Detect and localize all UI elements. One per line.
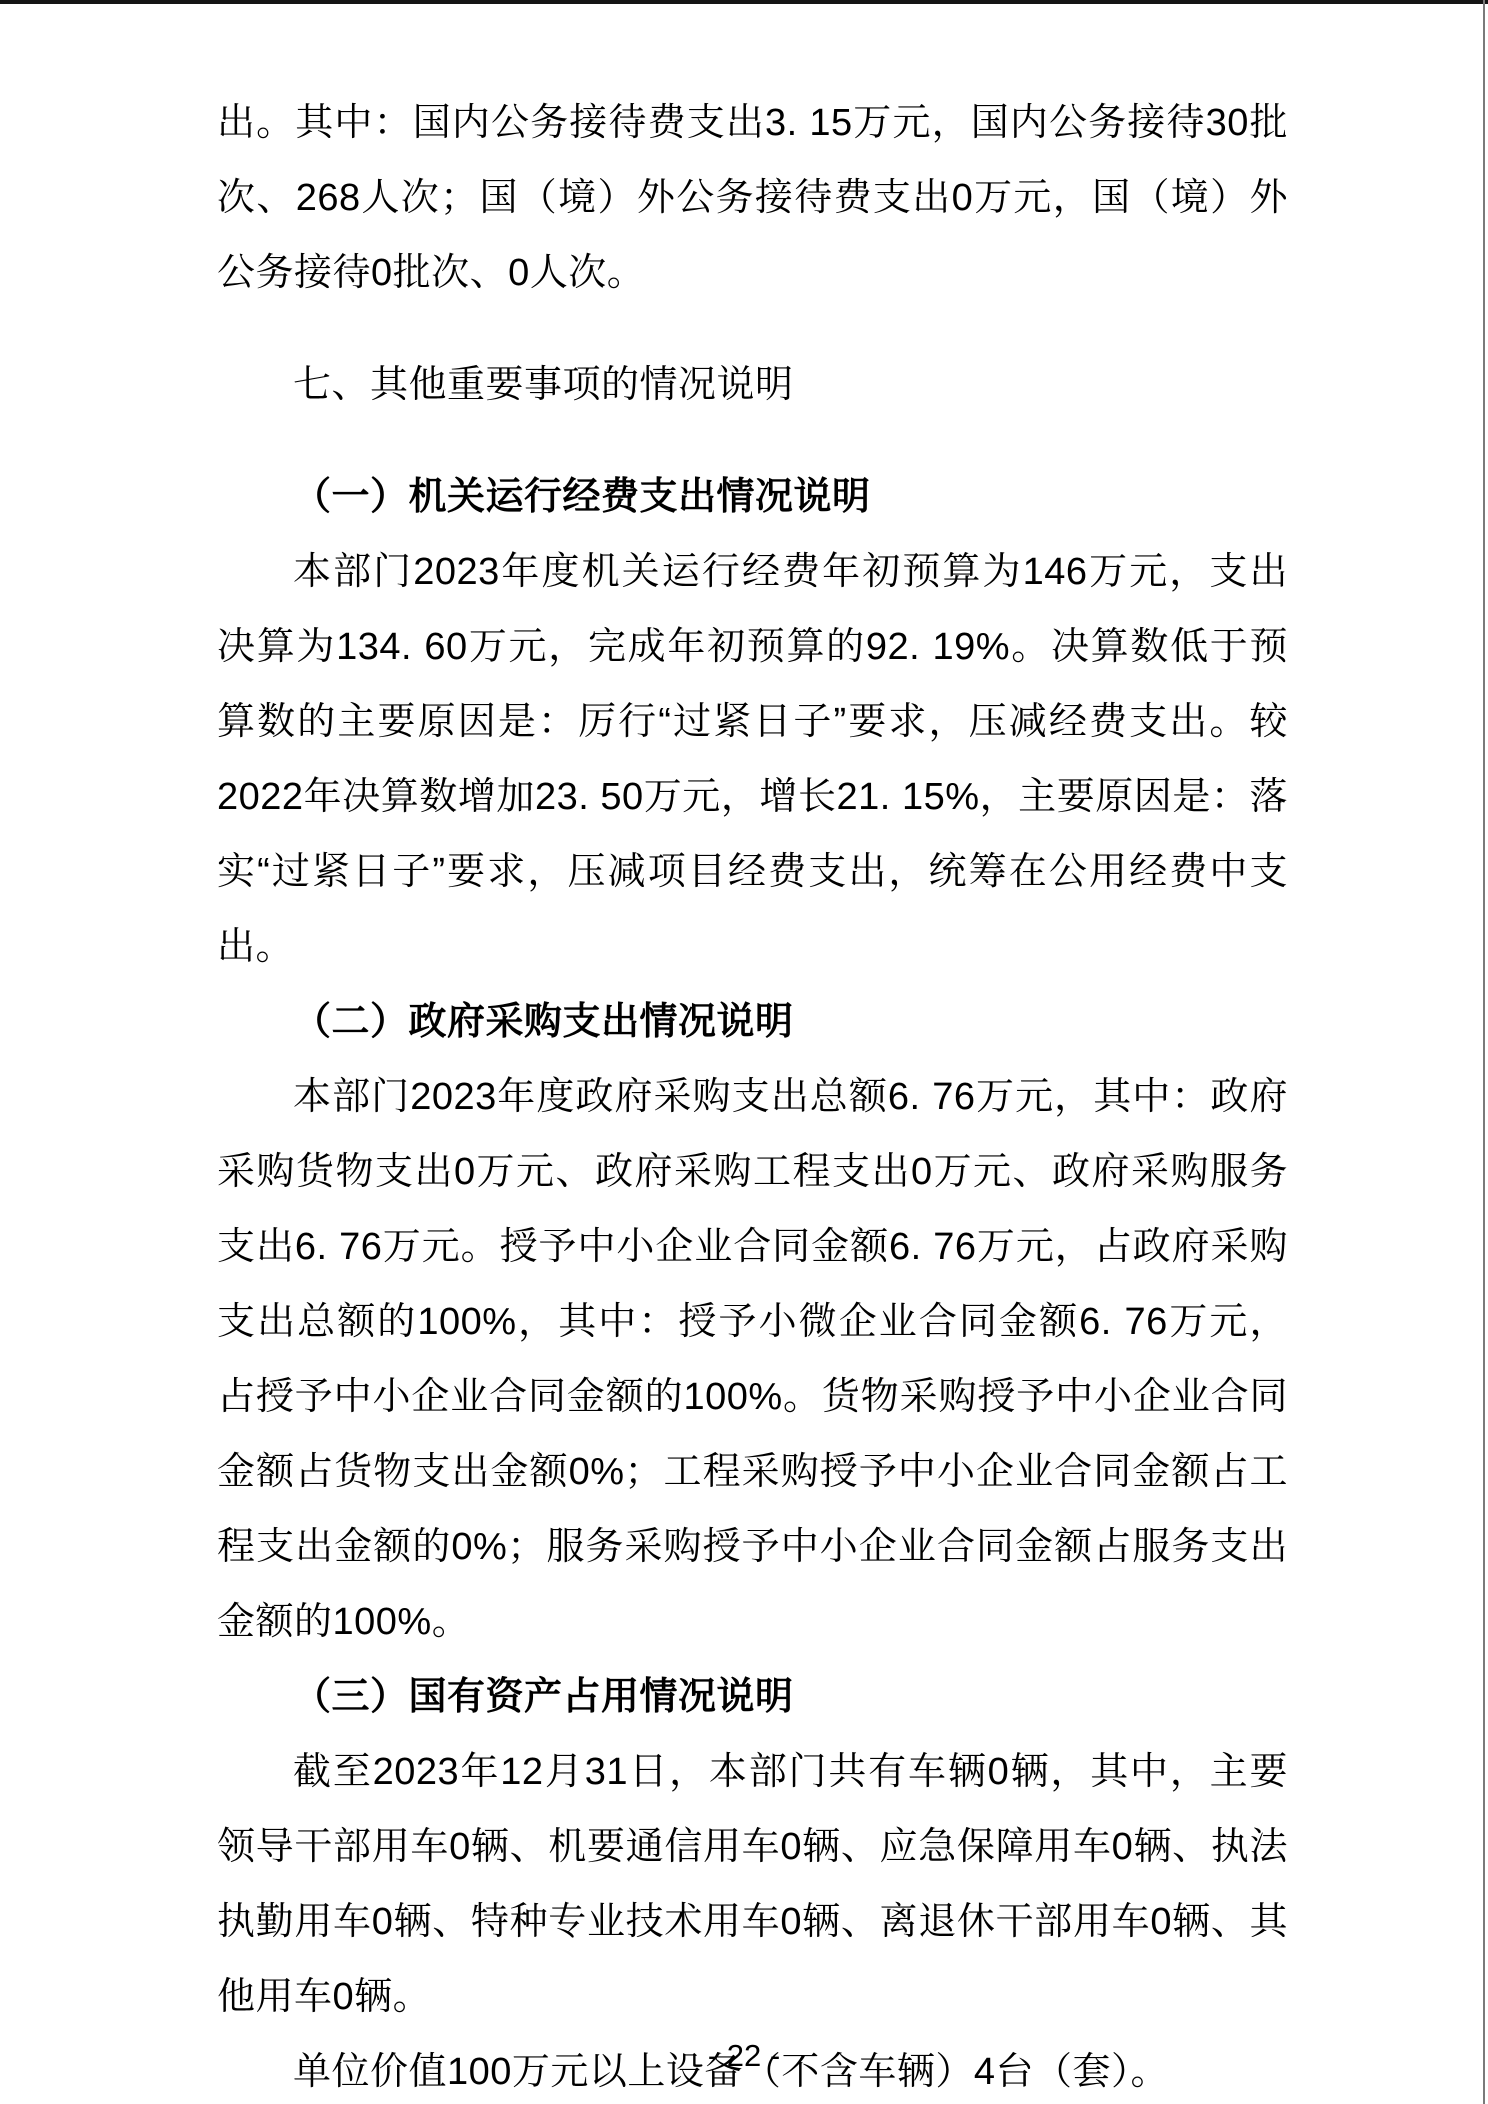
- paragraph-reception-expenses-continuation: 出。其中：国内公务接待费支出3. 15万元，国内公务接待30批次、268人次；国…: [217, 86, 1288, 311]
- paragraph-operating-expenses: 本部门2023年度机关运行经费年初预算为146万元，支出决算为134. 60万元…: [217, 535, 1288, 985]
- paragraph-government-procurement: 本部门2023年度政府采购支出总额6. 76万元，其中：政府采购货物支出0万元、…: [217, 1060, 1288, 1660]
- document-body: 出。其中：国内公务接待费支出3. 15万元，国内公务接待30批次、268人次；国…: [217, 86, 1288, 2104]
- page-top-edge-band: [0, 0, 1488, 4]
- document-page: { "page": { "background": "#ffffff", "to…: [0, 0, 1488, 2104]
- paragraph-vehicles: 截至2023年12月31日，本部门共有车辆0辆，其中，主要领导干部用车0辆、机要…: [217, 1735, 1288, 2035]
- subsection-heading-government-procurement: （二）政府采购支出情况说明: [217, 985, 1288, 1060]
- subsection-heading-state-owned-assets: （三）国有资产占用情况说明: [217, 1660, 1288, 1735]
- page-number: - 22 -: [0, 2036, 1488, 2076]
- section-heading-other-important-matters: 七、其他重要事项的情况说明: [217, 348, 1288, 423]
- subsection-heading-operating-expenses: （一）机关运行经费支出情况说明: [217, 460, 1288, 535]
- page-right-edge-line: [1483, 0, 1485, 2104]
